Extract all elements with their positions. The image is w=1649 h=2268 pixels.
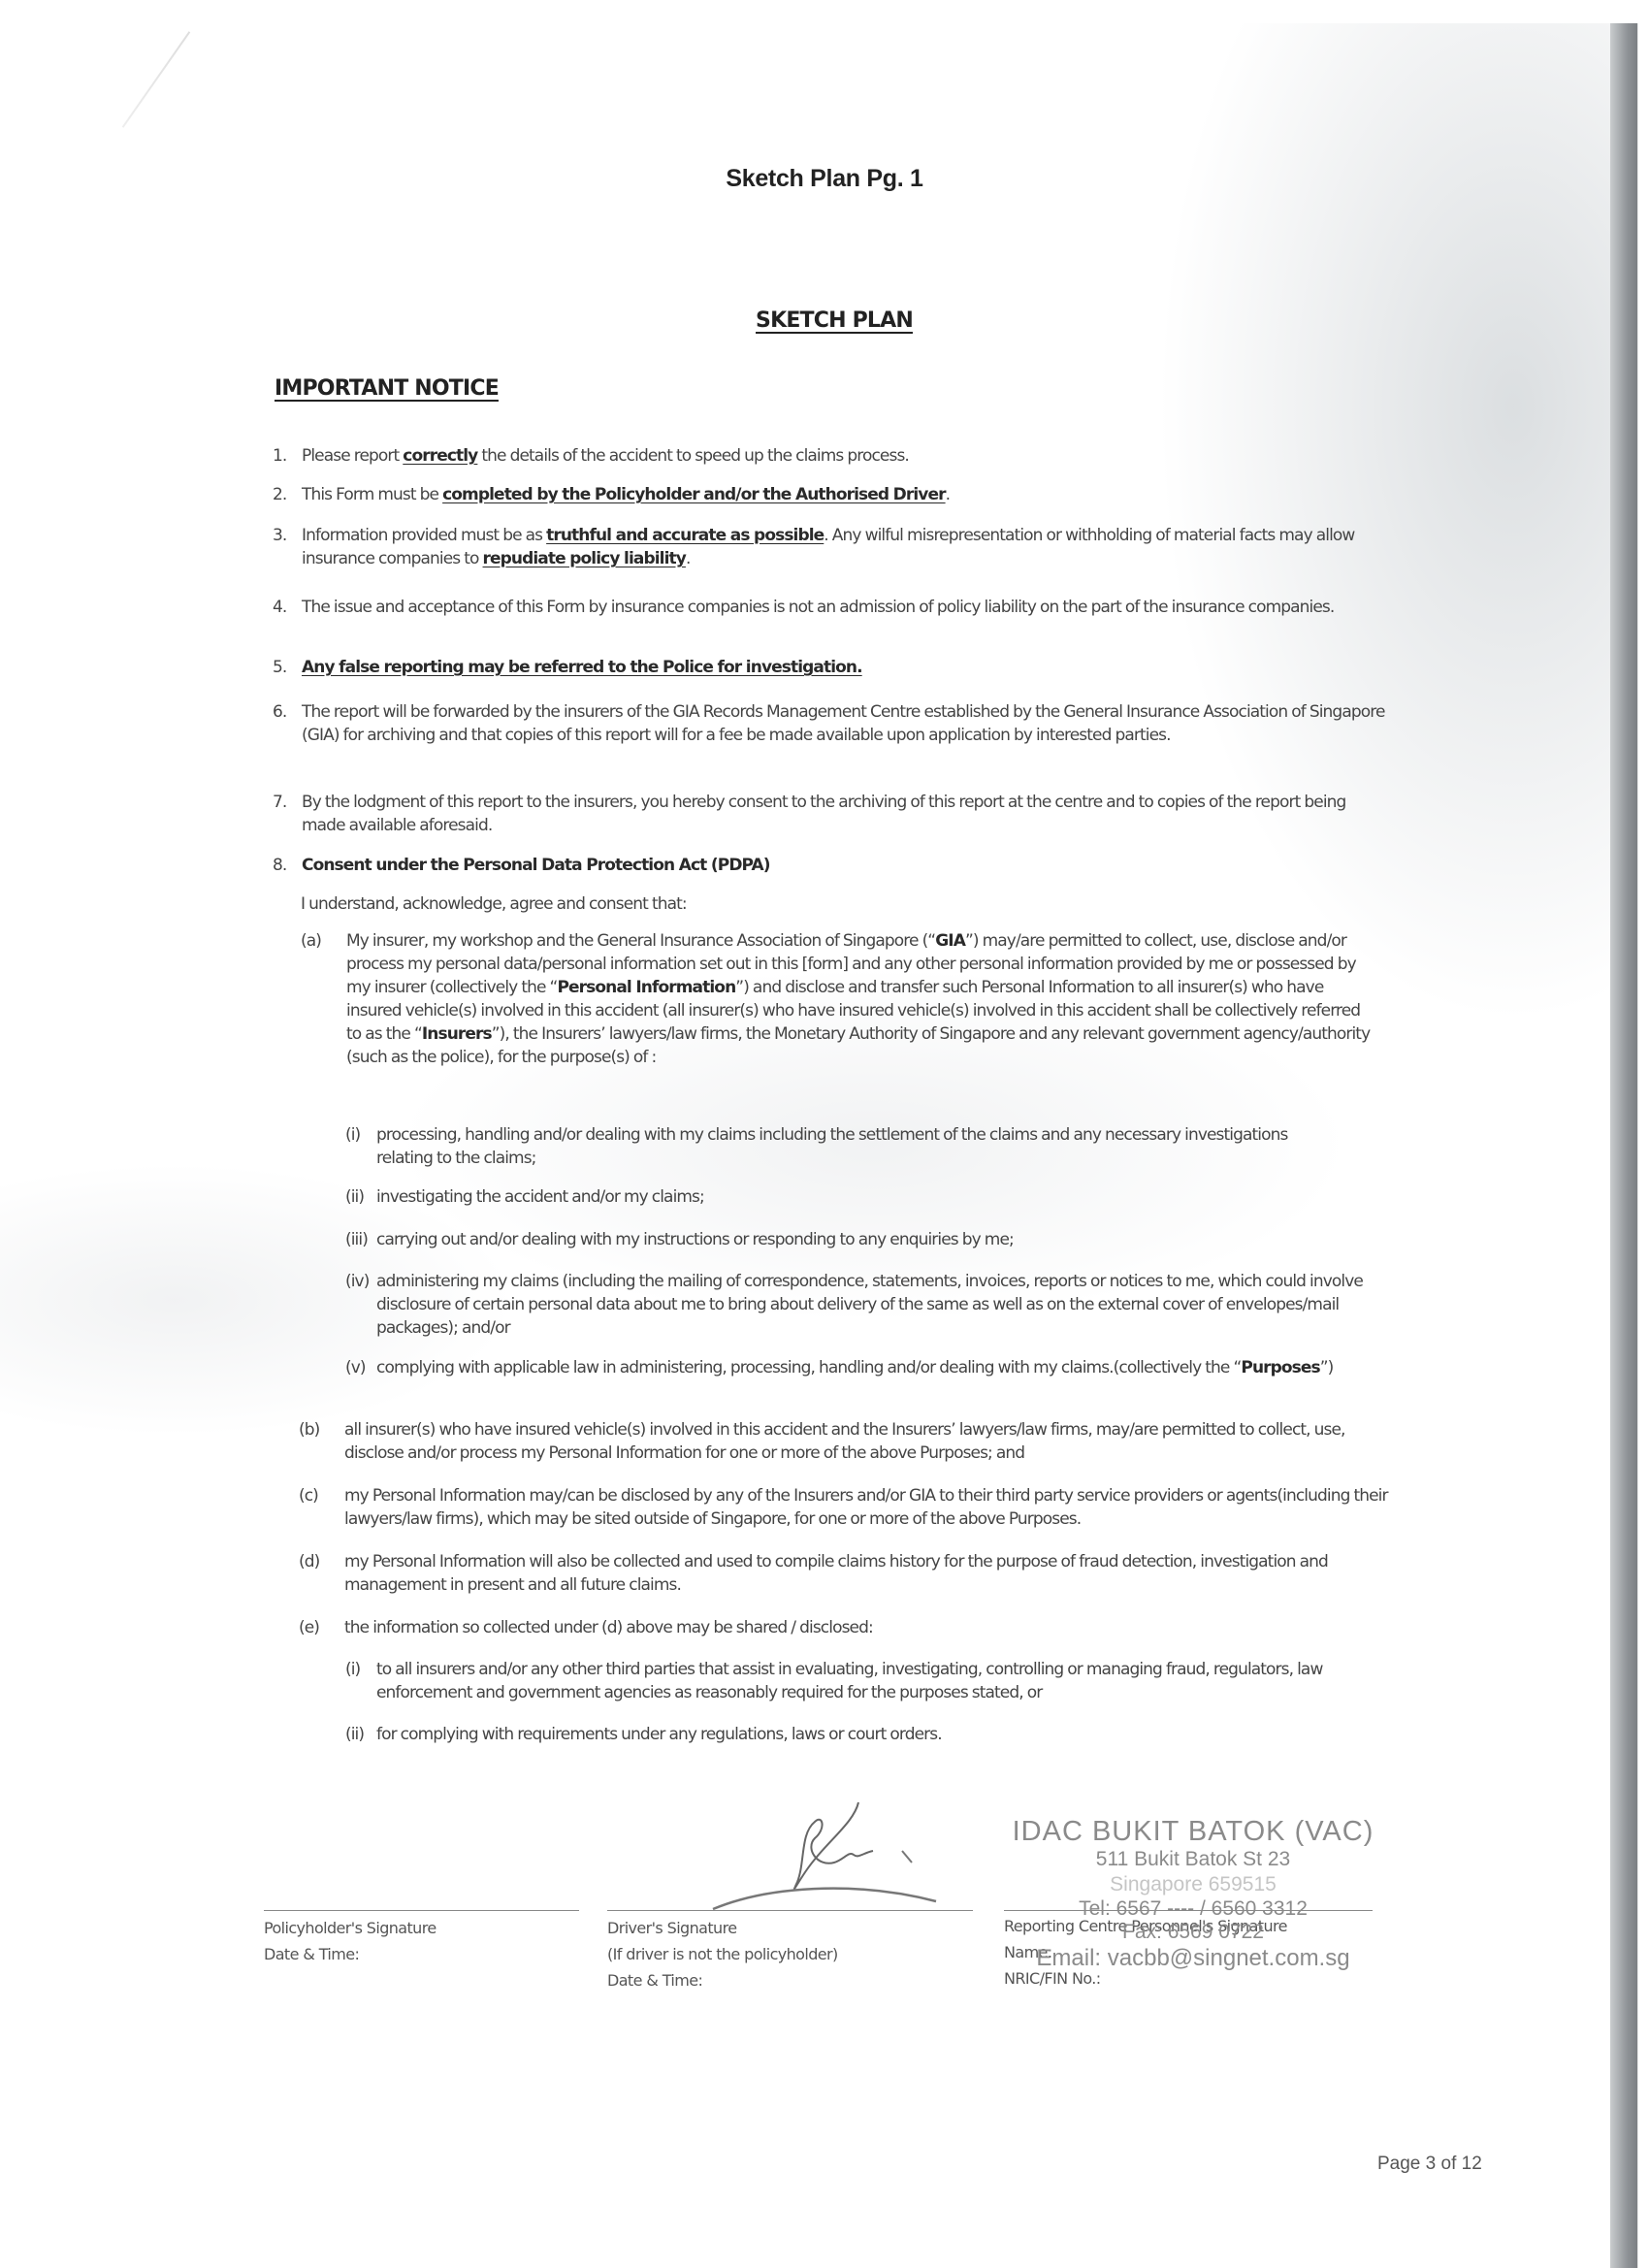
document-title: SKETCH PLAN bbox=[0, 308, 1649, 333]
pdpa-clause-a: (a) My insurer, my workshop and the Gene… bbox=[301, 929, 1377, 1069]
disclosure-item: (i) to all insurers and/or any other thi… bbox=[345, 1658, 1344, 1704]
policyholder-signature-block: Policyholder's Signature Date & Time: bbox=[264, 1915, 436, 1967]
purpose-item: (i) processing, handling and/or dealing … bbox=[345, 1123, 1335, 1170]
disclosure-item: (ii) for complying with requirements und… bbox=[345, 1723, 1374, 1746]
centre-stamp: IDAC BUKIT BATOK (VAC) 511 Bukit Batok S… bbox=[1004, 1816, 1382, 1973]
notice-item: 5. Any false reporting may be referred t… bbox=[273, 656, 1388, 679]
notice-item: 8. Consent under the Personal Data Prote… bbox=[273, 854, 1388, 877]
driver-signature-scribble bbox=[708, 1795, 960, 1911]
policyholder-signature-line[interactable] bbox=[264, 1910, 579, 1911]
notice-item: 1. Please report correctly the details o… bbox=[273, 444, 1388, 468]
notice-text: This Form must be completed by the Polic… bbox=[302, 483, 1388, 506]
pdpa-clause-e: (e) the information so collected under (… bbox=[299, 1616, 1375, 1639]
notice-text: The issue and acceptance of this Form by… bbox=[302, 596, 1388, 619]
notice-item: 6. The report will be forwarded by the i… bbox=[273, 700, 1388, 747]
pdpa-clause-b: (b) all insurer(s) who have insured vehi… bbox=[299, 1418, 1375, 1465]
notice-item: 3. Information provided must be as truth… bbox=[273, 524, 1388, 570]
notice-text: Information provided must be as truthful… bbox=[302, 524, 1388, 570]
pdpa-clause-c: (c) my Personal Information may/can be d… bbox=[299, 1484, 1395, 1531]
notice-heading: IMPORTANT NOTICE bbox=[275, 376, 499, 401]
page-number: Page 3 of 12 bbox=[1377, 2154, 1482, 2175]
scan-artifact bbox=[122, 31, 190, 127]
scanner-edge-top bbox=[1203, 0, 1649, 23]
purpose-item: (v) complying with applicable law in adm… bbox=[345, 1356, 1374, 1379]
notice-item: 7. By the lodgment of this report to the… bbox=[273, 791, 1388, 837]
notice-text: The report will be forwarded by the insu… bbox=[302, 700, 1388, 747]
pdpa-intro: I understand, acknowledge, agree and con… bbox=[301, 892, 687, 916]
notice-text: By the lodgment of this report to the in… bbox=[302, 791, 1388, 837]
driver-signature-block: Driver's Signature (If driver is not the… bbox=[607, 1915, 838, 1993]
purpose-item: (iii) carrying out and/or dealing with m… bbox=[345, 1228, 1374, 1251]
notice-item: 4. The issue and acceptance of this Form… bbox=[273, 596, 1388, 619]
notice-text: Any false reporting may be referred to t… bbox=[302, 656, 1388, 679]
page-header: Sketch Plan Pg. 1 bbox=[0, 165, 1649, 193]
purpose-item: (ii) investigating the accident and/or m… bbox=[345, 1185, 1374, 1209]
notice-item: 2. This Form must be completed by the Po… bbox=[273, 483, 1388, 506]
purpose-item: (iv) administering my claims (including … bbox=[345, 1270, 1374, 1340]
notice-text: Consent under the Personal Data Protecti… bbox=[302, 854, 1388, 877]
notice-text: Please report correctly the details of t… bbox=[302, 444, 1388, 468]
scanner-edge bbox=[1610, 23, 1649, 2268]
pdpa-clause-d: (d) my Personal Information will also be… bbox=[299, 1550, 1375, 1597]
